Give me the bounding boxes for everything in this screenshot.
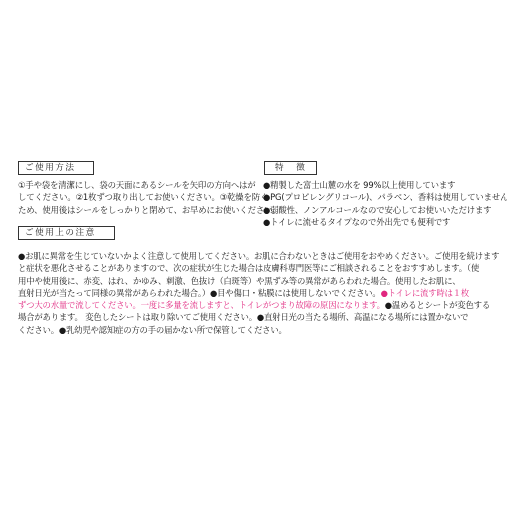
features-list: ●精製した富士山麓の水を 99%以上使用しています ●PG(プロピレングリコール… xyxy=(263,179,507,228)
caution-line: ●お肌に異常を生じていないかよく注意して使用してください。お肌に合わないときはご… xyxy=(18,250,499,262)
caution-line: 場合があります。 変色したシートは取り除いてご使用ください。●直射日光の当たる場… xyxy=(18,311,499,323)
usage-line: ①手や袋を清潔にし、袋の天面にあるシールを矢印の方向へはが xyxy=(18,179,281,191)
usage-title-box: ご使用方法 xyxy=(18,161,94,175)
features-title: 特 徴 xyxy=(275,163,307,173)
usage-line: してください。②1枚ずつ取り出してお使いください。③乾燥を防ぐ xyxy=(18,191,281,203)
caution-text: ●お肌に異常を生じていないかよく注意して使用してください。お肌に合わないときはご… xyxy=(18,251,499,261)
caution-text: 場合があります。 変色したシートは取り除いてご使用ください。●直射日光の当たる場… xyxy=(18,312,468,322)
features-title-box: 特 徴 xyxy=(264,161,317,175)
caution-line: ずつ大の水量で流してください。一度に多量を流しますと、トイレがつまり故障の原因に… xyxy=(18,299,499,311)
cautions-title-box: ご使用上の注意 xyxy=(18,226,115,240)
usage-line: ため、使用後はシールをしっかりと閉めて、お早めにお使いください。 xyxy=(18,204,281,216)
feature-item: ●精製した富士山麓の水を 99%以上使用しています xyxy=(263,179,507,191)
usage-title: ご使用方法 xyxy=(25,163,75,173)
caution-line: と症状を悪化させることがありますので、次の症状が生じた場合は皮膚科専門医等にご相… xyxy=(18,262,499,274)
feature-item: ●PG(プロピレングリコール)、パラベン、香料は使用していません xyxy=(263,191,507,203)
caution-text: 用中や使用後に、赤変、はれ、かゆみ、刺激、色抜け（白斑等）や黒ずみ等の異常があら… xyxy=(18,276,460,286)
usage-text: ①手や袋を清潔にし、袋の天面にあるシールを矢印の方向へはが してください。②1枚… xyxy=(18,179,281,216)
caution-text: ●温めるとシートが変色する xyxy=(385,300,490,310)
caution-text: と症状を悪化させることがありますので、次の症状が生じた場合は皮膚科専門医等にご相… xyxy=(18,263,479,273)
caution-text: ください。●乳幼児や認知症の方の手の届かない所で保管してください。 xyxy=(18,325,287,335)
caution-text-highlight: ●トイレに流す時は１枚 xyxy=(381,288,469,298)
caution-line: 直射日光が当たって同様の異常があらわれた場合。）●目や傷口・粘膜には使用しないで… xyxy=(18,287,499,299)
caution-text: 直射日光が当たって同様の異常があらわれた場合。）●目や傷口・粘膜には使用しないで… xyxy=(18,288,381,298)
caution-line: ください。●乳幼児や認知症の方の手の届かない所で保管してください。 xyxy=(18,324,499,336)
feature-item: ●トイレに流せるタイプなので外出先でも便利です xyxy=(263,216,507,228)
cautions-title: ご使用上の注意 xyxy=(25,228,96,238)
feature-item: ●弱酸性、ノンアルコールなので安心してお使いいただけます xyxy=(263,204,507,216)
cautions-text: ●お肌に異常を生じていないかよく注意して使用してください。お肌に合わないときはご… xyxy=(18,250,499,336)
caution-line: 用中や使用後に、赤変、はれ、かゆみ、刺激、色抜け（白斑等）や黒ずみ等の異常があら… xyxy=(18,275,499,287)
caution-text-highlight: ずつ大の水量で流してください。一度に多量を流しますと、トイレがつまり故障の原因に… xyxy=(18,300,385,310)
